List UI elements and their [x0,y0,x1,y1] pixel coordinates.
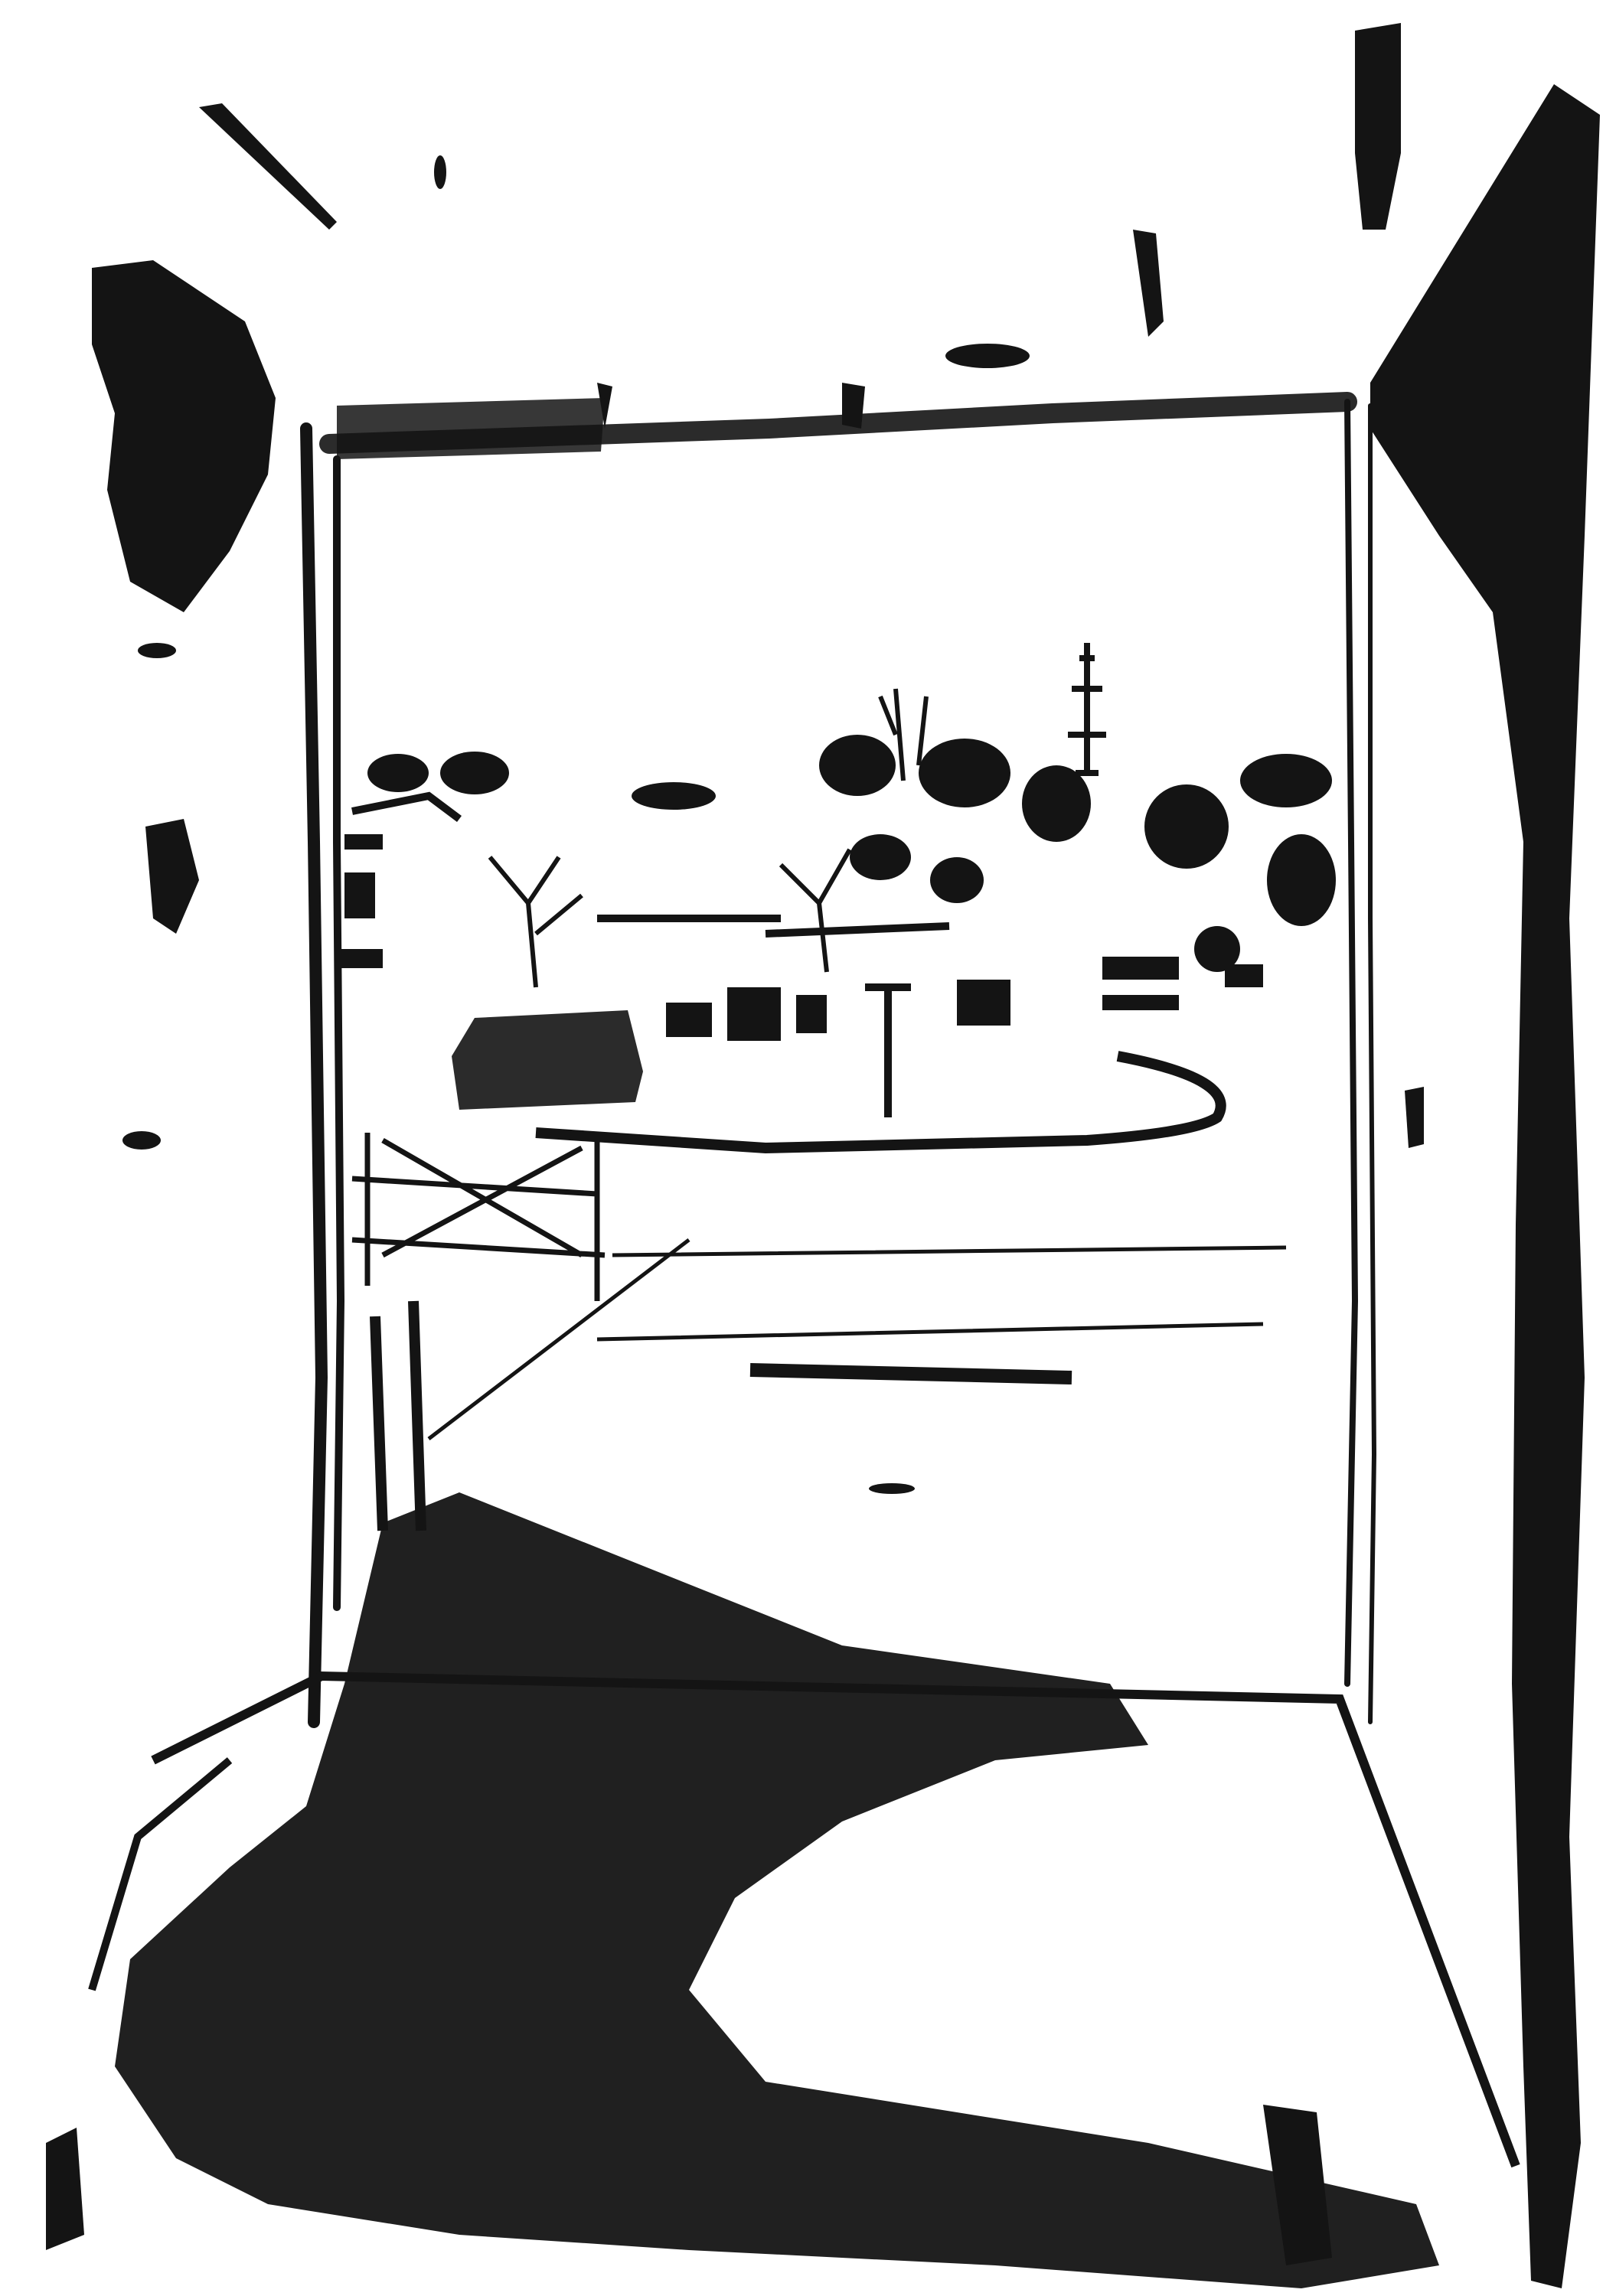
ink-drawing [0,0,1616,2296]
car-front [452,1010,643,1110]
